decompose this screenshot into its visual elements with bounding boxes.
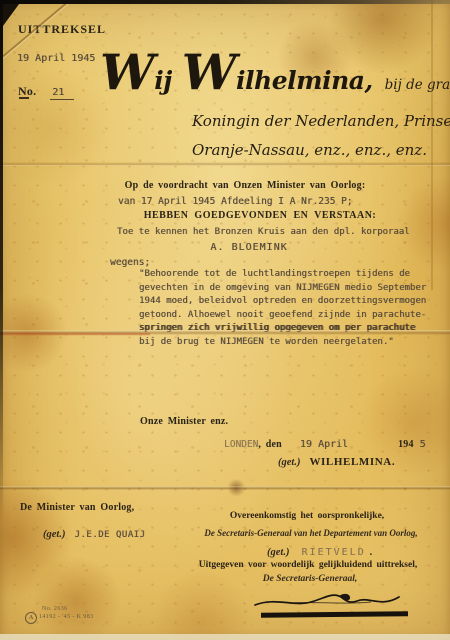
fold-crease-middle-tint (0, 333, 150, 335)
printer-mark-icon: A (25, 612, 37, 624)
secretary-name-typed: RIETVELD (301, 547, 365, 558)
date-stamp: 19 April 1945 (17, 53, 95, 64)
place-typed: LONDEN (224, 439, 258, 450)
reason-label: wegens; (110, 257, 150, 268)
award-line: Toe te kennen het Bronzen Kruis aan den … (117, 227, 410, 237)
signature-underline-bar (261, 611, 408, 618)
certification-line2: De Secretaris-Generaal van het Departeme… (204, 528, 417, 538)
fold-crease-lower (0, 486, 450, 490)
citation-line: springen zich vrijwillig opgegeven om pe… (139, 322, 426, 336)
secretary-signature-line: (get.) RIETVELD . (267, 542, 372, 560)
minister-name-typed: J.E.DE QUAIJ (74, 530, 145, 540)
citation-line: gevechten in de omgeving van NIJMEGEN me… (139, 282, 426, 296)
minister-etc-line: Onze Minister enz. (140, 416, 228, 427)
certification-line1: Overeenkomstig het oorspronkelijke, (230, 511, 384, 521)
document-type-label: UITTREKSEL (18, 22, 106, 37)
signed-abbr: (get.) (267, 547, 289, 558)
scan-edge-top (0, 0, 450, 4)
secretary-signature-flourish (253, 588, 405, 614)
year-typed: 5 (420, 439, 426, 450)
scan-edge-bottom (0, 634, 450, 640)
citation-block: "Behoorende tot de luchtlandingstroepen … (139, 268, 426, 349)
citation-line: "Behoorende tot de luchtlandingstroepen … (139, 268, 426, 282)
date-typed: 19 April (300, 439, 348, 450)
royal-name-line: Wij Wilhelmina, bij de gratie Gods, (100, 44, 450, 101)
royal-name-word1: Wij (100, 44, 172, 101)
scan-edge-left (0, 0, 3, 520)
fold-crease-top (0, 162, 450, 166)
printer-code: 14192 - '45 - K 983 (39, 614, 94, 620)
printer-number: No. 2636 (42, 606, 68, 612)
number-underline (19, 97, 29, 99)
royal-signature-name: WILHELMINA. (309, 456, 395, 468)
citation-line: getoond. Alhoewel nooit geoefend zijnde … (139, 309, 426, 323)
place-date-line: LONDEN, den 19 April 194 5 (224, 434, 426, 452)
recipient-name: A. BLOEMINK (210, 242, 287, 253)
royal-title-line1: Koningin der Nederlanden, Prinses van (192, 112, 450, 130)
year-printed: 194 (398, 439, 414, 450)
minister-signature-line: (get.) J.E.DE QUAIJ (43, 524, 145, 542)
certification-line3: Uitgegeven voor woordelijk gelijkluidend… (199, 560, 418, 570)
reference-typed-line: van 17 April 1945 Afdeeling I A Nr.235 P… (118, 196, 353, 207)
den-printed: , den (258, 439, 282, 450)
resolution-line: HEBBEN GOEDGEVONDEN EN VERSTAAN: (144, 210, 377, 221)
vertical-crease (431, 0, 433, 290)
proposal-line: Op de voordracht van Onzen Minister van … (125, 180, 366, 191)
decree-document: UITTREKSEL 19 April 1945 No. 21 Wij Wilh… (0, 0, 450, 640)
royal-name-word2: Wilhelmina, (182, 44, 373, 101)
royal-title-line2: Oranje-Nassau, enz., enz., enz. (192, 141, 427, 159)
signed-abbr: (get.) (43, 529, 65, 540)
certification-line4: De Secretaris-Generaal, (263, 574, 357, 584)
citation-line: bij de brug te NIJMEGEN te worden neerge… (139, 336, 426, 350)
minister-title: De Minister van Oorlog, (20, 502, 134, 513)
royal-grace-text: bij de gratie Gods, (385, 77, 450, 93)
royal-signature-line: (get.) WILHELMINA. (278, 452, 395, 470)
secretary-name-period: . (370, 547, 373, 558)
number-value: 21 (50, 87, 74, 100)
number-label: No. (18, 84, 36, 98)
citation-line: 1944 moed, beleidvol optreden en doorzet… (139, 295, 426, 309)
signed-abbr: (get.) (278, 457, 300, 468)
